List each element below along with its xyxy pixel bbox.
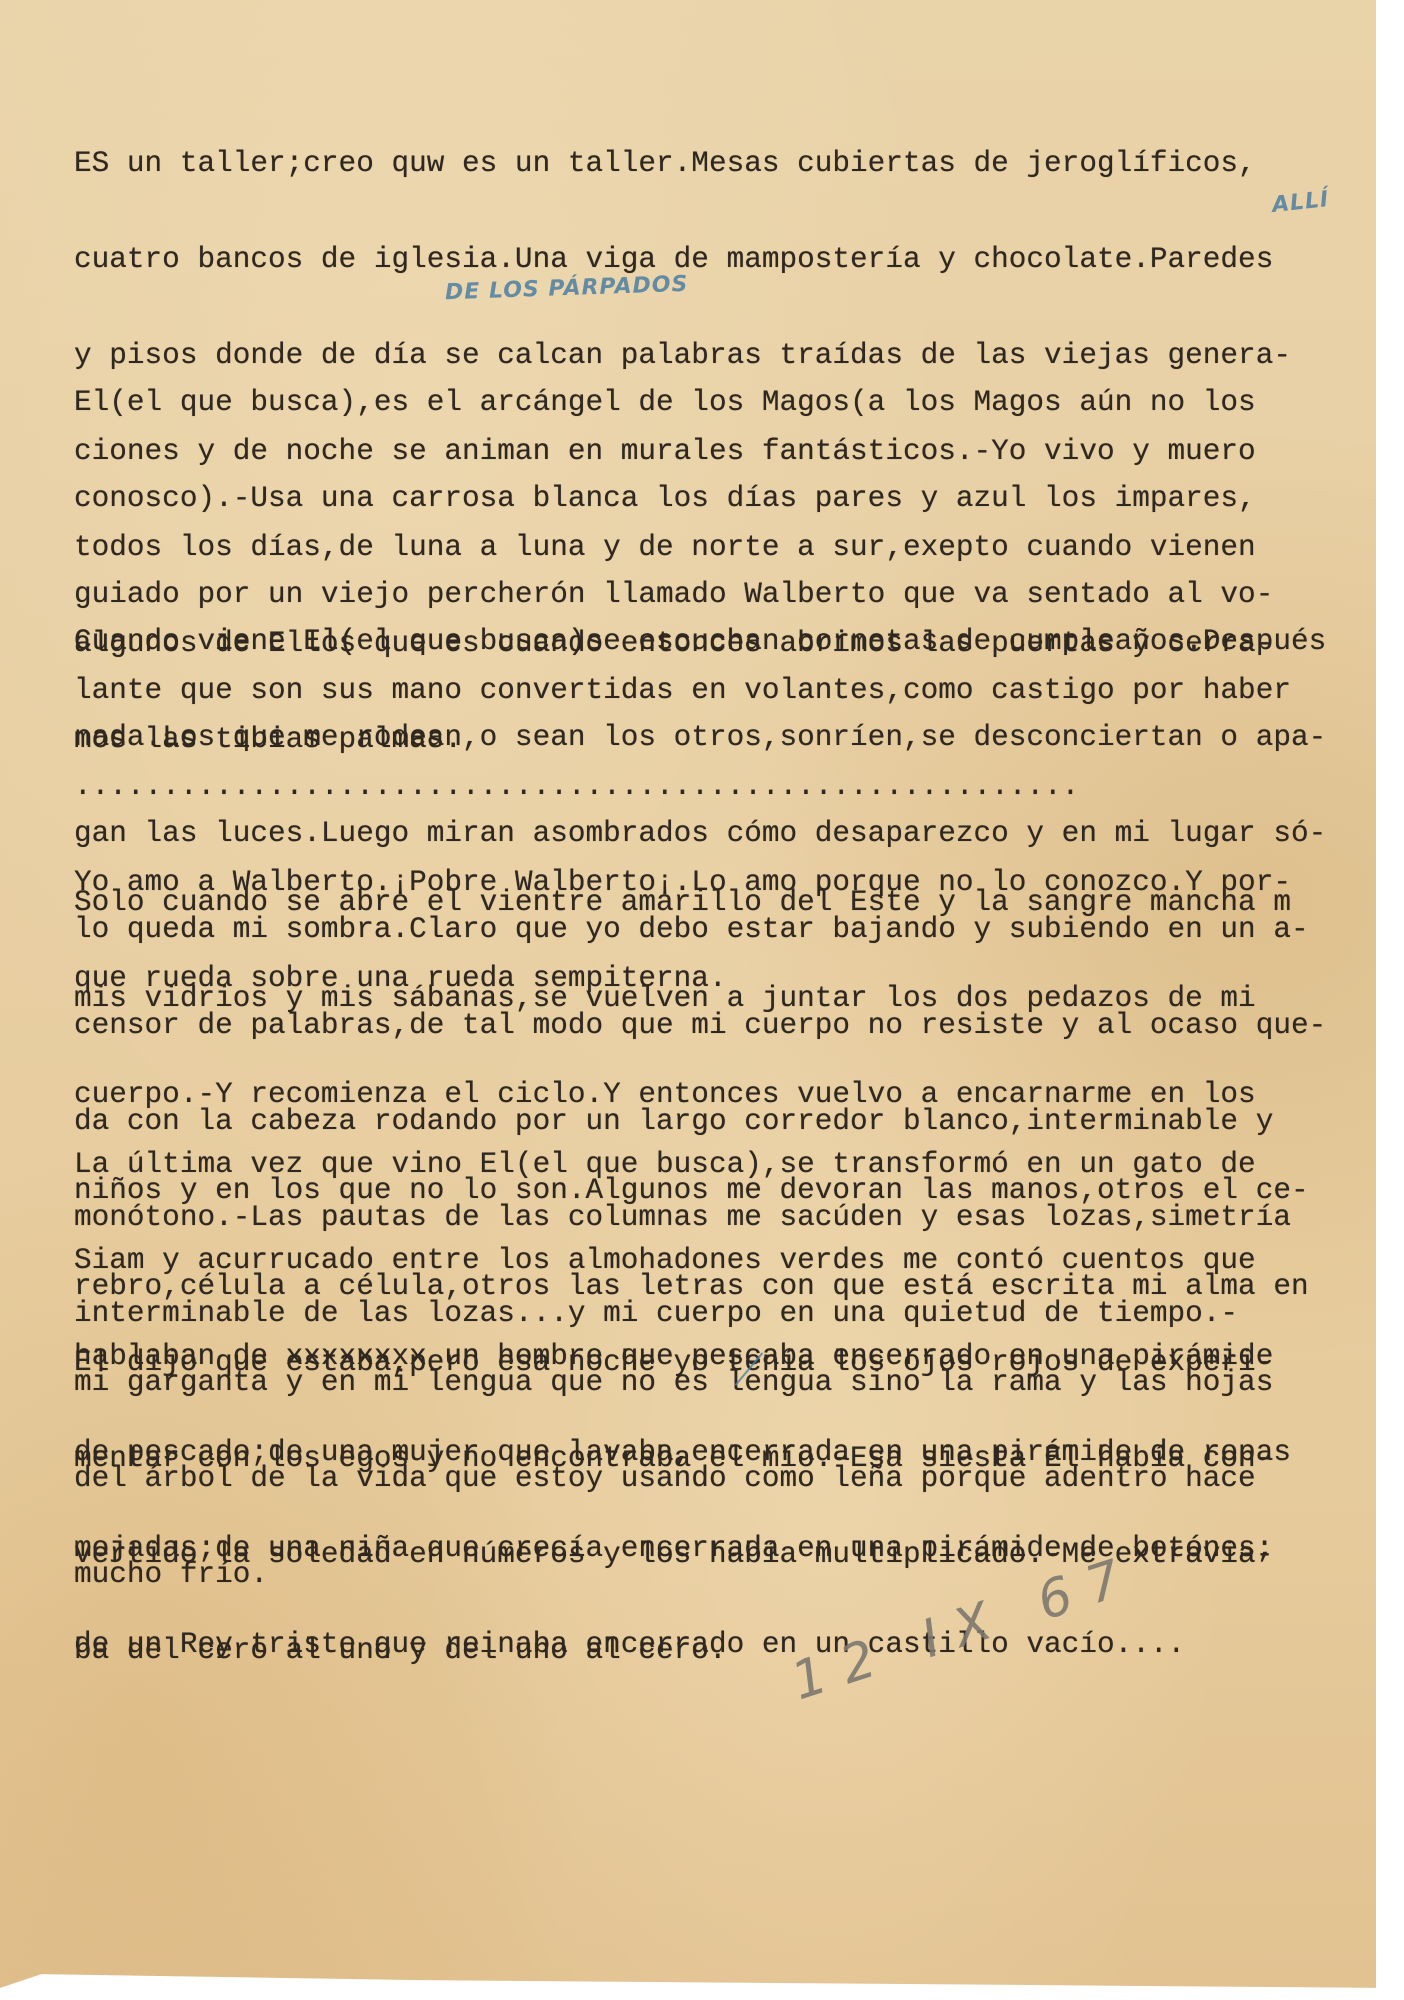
text-line: La última vez que vino El(el que busca),… [74, 1149, 1291, 1181]
text-line: Cuando viene El(el que busca)se escuchan… [74, 626, 1326, 658]
text-line: ES un taller;creo quw es un taller.Mesas… [74, 148, 1291, 180]
text-line: nada.Los que me rodean,o sean los otros,… [74, 722, 1326, 754]
text-line: mis vidrios y mis sábanas,se vuelven a j… [74, 983, 1309, 1015]
text-line: Siam y acurrucado entre los almohadones … [74, 1245, 1291, 1277]
text-line: El(el que busca),es el arcángel de los M… [74, 387, 1291, 419]
text-line: mentar con los egos y no encontraba el m… [74, 1443, 1273, 1475]
paragraph-6: El dijo que estaba,pero esa noche yo ten… [74, 1283, 1273, 1699]
text-line: Solo cuando se abre el vientre amarillo … [74, 887, 1309, 919]
text-line: conosco).-Usa una carrosa blanca los día… [74, 483, 1291, 515]
text-line: El dijo que estaba,pero esa noche yo ten… [74, 1347, 1273, 1379]
text-line: ba del cero al uno y del uno al cero. [74, 1635, 1273, 1667]
